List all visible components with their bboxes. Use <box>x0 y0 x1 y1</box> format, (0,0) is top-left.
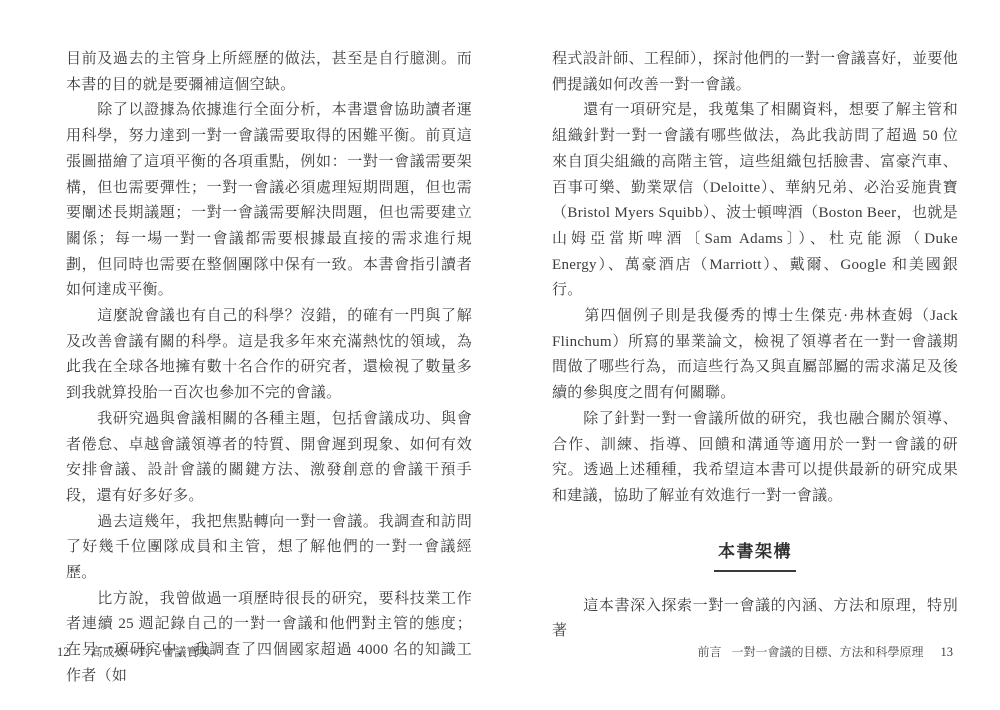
section-heading-text: 本書架構 <box>714 537 796 572</box>
paragraph: 除了針對一對一會議所做的研究，我也融合關於領導、合作、訓練、指導、回饋和溝通等適… <box>552 407 958 510</box>
left-running-title: 高成效一對一會議寶典 <box>91 645 211 659</box>
right-page: 程式設計師、工程師），探討他們的一對一會議喜好，並要他們提議如何改善一對一會議。… <box>552 47 958 645</box>
right-footer-chapter-label: 前言 <box>697 645 721 659</box>
book-spread: 目前及過去的主管身上所經歷的做法，甚至是自行臆測。而本書的目的就是要彌補這個空缺… <box>0 0 1000 710</box>
paragraph: 程式設計師、工程師），探討他們的一對一會議喜好，並要他們提議如何改善一對一會議。 <box>552 47 958 98</box>
paragraph: 這本書深入探索一對一會議的內涵、方法和原理，特別著 <box>552 594 958 645</box>
paragraph: 第四個例子則是我優秀的博士生傑克·弗林查姆（Jack Flinchum）所寫的畢… <box>552 304 958 407</box>
left-page-footer: 12高成效一對一會議寶典 <box>57 643 211 660</box>
right-running-title: 一對一會議的目標、方法和科學原理 <box>731 645 923 659</box>
paragraph: 這麼說會議也有自己的科學？沒錯，的確有一門與了解及改善會議有關的科學。這是我多年… <box>66 304 472 407</box>
left-page-number: 12 <box>57 645 70 659</box>
left-page: 目前及過去的主管身上所經歷的做法，甚至是自行臆測。而本書的目的就是要彌補這個空缺… <box>66 47 472 690</box>
paragraph: 比方說，我曾做過一項歷時很長的研究，要科技業工作者連續 25 週記錄自己的一對一… <box>66 587 472 690</box>
paragraph: 目前及過去的主管身上所經歷的做法，甚至是自行臆測。而本書的目的就是要彌補這個空缺… <box>66 47 472 98</box>
right-page-text: 程式設計師、工程師），探討他們的一對一會議喜好，並要他們提議如何改善一對一會議。… <box>552 47 958 510</box>
section-heading: 本書架構 <box>552 537 958 572</box>
left-page-text: 目前及過去的主管身上所經歷的做法，甚至是自行臆測。而本書的目的就是要彌補這個空缺… <box>66 47 472 690</box>
paragraph: 過去這幾年，我把焦點轉向一對一會議。我調查和訪問了好幾千位團隊成員和主管，想了解… <box>66 510 472 587</box>
paragraph: 除了以證據為依據進行全面分析，本書還會協助讀者運用科學，努力達到一對一會議需要取… <box>66 98 472 304</box>
right-page-footer: 前言一對一會議的目標、方法和科學原理13 <box>697 643 953 660</box>
paragraph: 我研究過與會議相關的各種主題，包括會議成功、與會者倦怠、卓越會議領導者的特質、開… <box>66 407 472 510</box>
paragraph: 還有一項研究是，我蒐集了相關資料，想要了解主管和組織針對一對一會議有哪些做法，為… <box>552 98 958 304</box>
right-page-number: 13 <box>941 645 954 659</box>
right-page-closing-text: 這本書深入探索一對一會議的內涵、方法和原理，特別著 <box>552 594 958 645</box>
